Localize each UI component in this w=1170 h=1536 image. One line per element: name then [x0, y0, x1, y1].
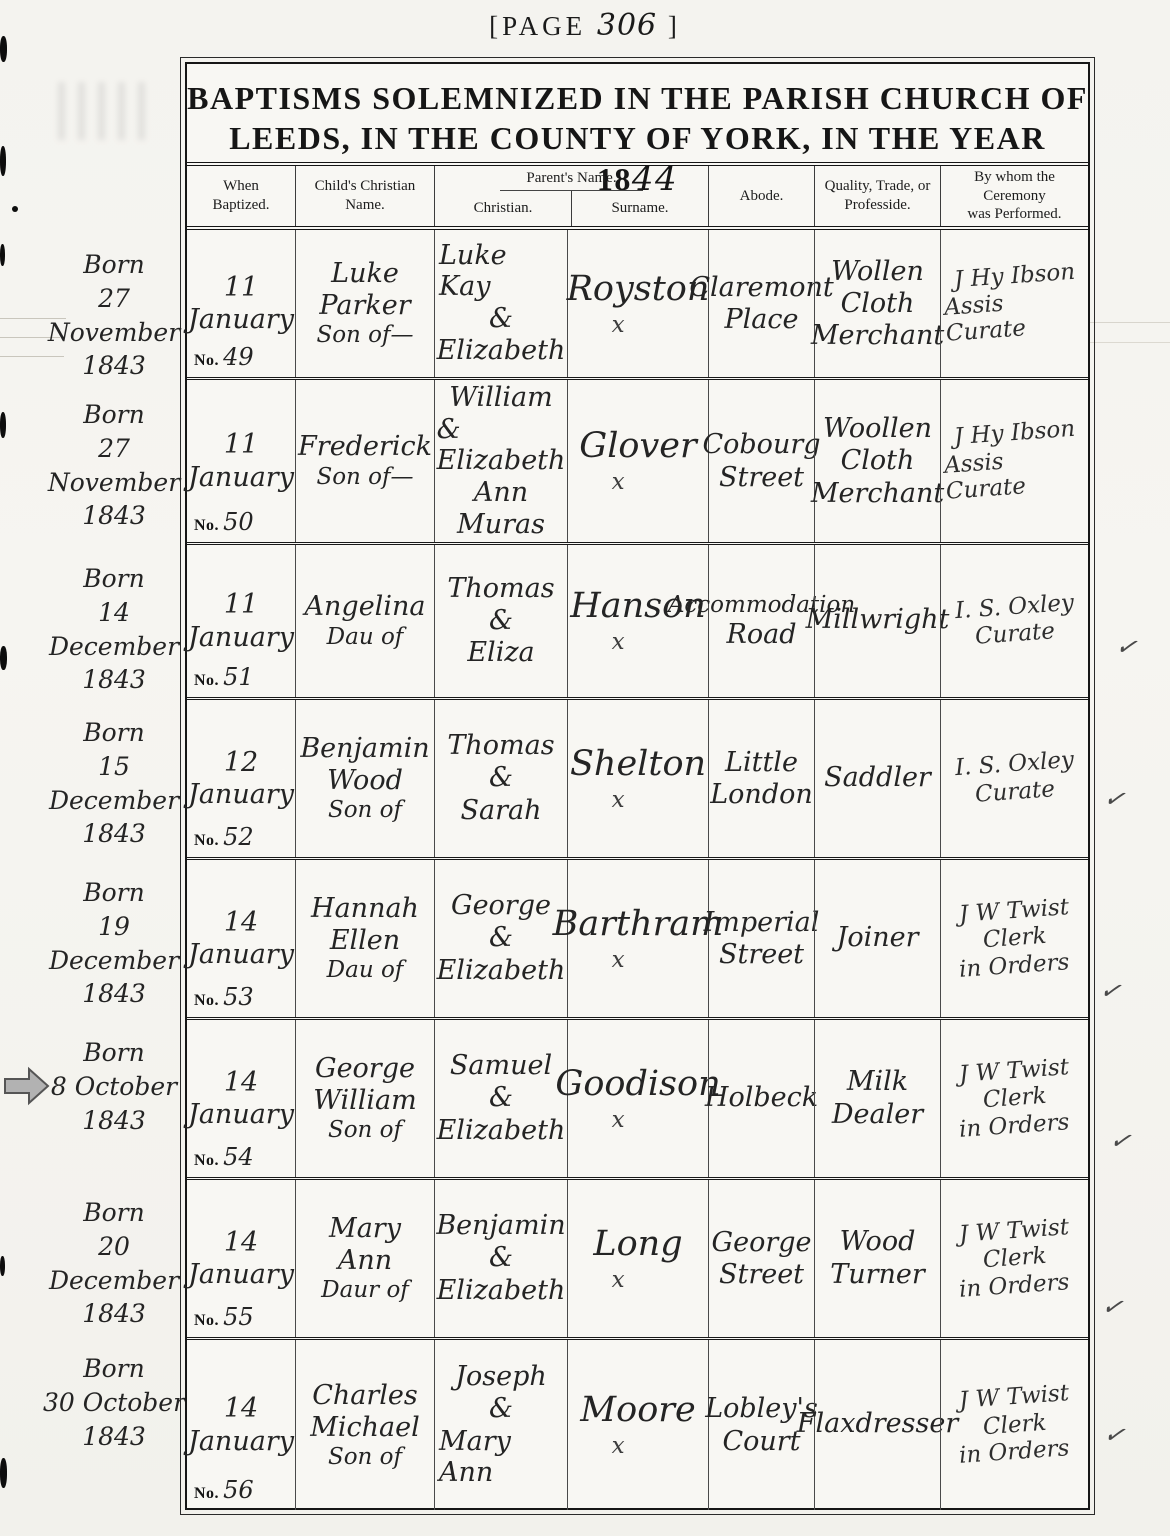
parent-christian-cell: William & Elizabeth Ann Muras	[434, 380, 567, 542]
abode-cell: Accommodation Road	[708, 545, 814, 697]
surname-cell: Glover x	[567, 380, 708, 542]
abode-cell: Imperial Street	[708, 860, 814, 1017]
col-header-surname: Surname.	[571, 191, 708, 226]
ceremony-cell: J Hy Ibson Assis Curate	[940, 230, 1088, 377]
entry-number: No. 55	[194, 1303, 254, 1331]
entry-number: No. 51	[194, 663, 254, 691]
clerk-cross-mark: x	[612, 469, 625, 495]
table-row: 12 January No. 52 Benjamin Wood Son of T…	[187, 700, 1088, 860]
checkmark: ✓	[1108, 1124, 1134, 1156]
parent-christian-cell: Thomas & Sarah	[434, 700, 567, 857]
ceremony-cell: J W Twist Clerk in Orders	[940, 1180, 1088, 1337]
binding-speck	[0, 646, 7, 670]
when-baptized-cell: 14 January No. 53	[187, 860, 295, 1017]
ceremony-cell: I. S. Oxley Curate	[940, 700, 1088, 857]
child-name-cell: Benjamin Wood Son of	[295, 700, 434, 857]
binding-speck	[0, 244, 5, 266]
checkmark: ✓	[1098, 974, 1124, 1006]
page-label-prefix: [PAGE	[489, 11, 586, 41]
abode-cell: Cobourg Street	[708, 380, 814, 542]
ceremony-cell: J Hy Ibson Assis Curate	[940, 380, 1088, 542]
page-label: [PAGE 306 ]	[0, 8, 1170, 43]
register-title: BAPTISMS SOLEMNIZED IN THE PARISH CHURCH…	[187, 64, 1088, 166]
when-baptized-cell: 14 January No. 54	[187, 1020, 295, 1177]
binding-speck	[0, 1256, 5, 1276]
entry-number: No. 52	[194, 823, 254, 851]
col-header-parents-name: Parent's Name. Christian. Surname.	[434, 166, 708, 226]
ink-dot	[12, 206, 18, 212]
register-table: BAPTISMS SOLEMNIZED IN THE PARISH CHURCH…	[185, 62, 1090, 1510]
ceremony-cell: J W Twist Clerk in Orders	[940, 860, 1088, 1017]
born-margin-note: Born 8 October 1843	[38, 1036, 190, 1137]
checkmark: ✓	[1100, 1290, 1126, 1322]
clerk-cross-mark: x	[612, 312, 625, 338]
born-margin-note: Born 30 October 1843	[38, 1352, 190, 1453]
clerk-cross-mark: x	[612, 1267, 625, 1293]
entry-number: No. 50	[194, 508, 254, 536]
surname-cell: Shelton x	[567, 700, 708, 857]
parent-christian-cell: Joseph & Mary Ann	[434, 1340, 567, 1510]
table-row: 14 January No. 55 Mary Ann Daur of Benja…	[187, 1180, 1088, 1340]
table-row: 11 January No. 49 Luke Parker Son of— Lu…	[187, 230, 1088, 380]
born-margin-note: Born 20 December 1843	[38, 1196, 190, 1331]
trade-cell: Wollen Cloth Merchant	[814, 230, 940, 377]
ceremony-cell: J W Twist Clerk in Orders	[940, 1340, 1088, 1510]
born-margin-note: Born 14 December 1843	[38, 562, 190, 697]
bleedthrough-line	[1088, 342, 1170, 343]
child-name-cell: Angelina Dau of	[295, 545, 434, 697]
table-row: 11 January No. 50 Frederick Son of— Will…	[187, 380, 1088, 545]
trade-cell: Millwright	[814, 545, 940, 697]
trade-cell: Milk Dealer	[814, 1020, 940, 1177]
bleedthrough-line	[1088, 322, 1170, 323]
surname-cell: Hanson x	[567, 545, 708, 697]
when-baptized-cell: 14 January No. 56	[187, 1340, 295, 1510]
checkmark: ✓	[1102, 782, 1128, 814]
child-name-cell: Charles Michael Son of	[295, 1340, 434, 1510]
parent-christian-cell: Samuel & Elizabeth	[434, 1020, 567, 1177]
trade-cell: Flaxdresser	[814, 1340, 940, 1510]
clerk-cross-mark: x	[612, 1107, 625, 1133]
page-number: 306	[597, 8, 657, 43]
born-margin-note: Born 19 December 1843	[38, 876, 190, 1011]
surname-cell: Long x	[567, 1180, 708, 1337]
born-margin-note: Born 27 November 1843	[38, 398, 190, 533]
born-margin-note: Born 15 December 1843	[38, 716, 190, 851]
when-baptized-cell: 12 January No. 52	[187, 700, 295, 857]
ceremony-cell: I. S. Oxley Curate	[940, 545, 1088, 697]
table-row: 14 January No. 56 Charles Michael Son of…	[187, 1340, 1088, 1510]
surname-cell: Royston x	[567, 230, 708, 377]
child-name-cell: Luke Parker Son of—	[295, 230, 434, 377]
abode-cell: George Street	[708, 1180, 814, 1337]
parent-christian-cell: Luke Kay & Elizabeth	[434, 230, 567, 377]
table-row: 11 January No. 51 Angelina Dau of Thomas…	[187, 545, 1088, 700]
when-baptized-cell: 14 January No. 55	[187, 1180, 295, 1337]
col-header-christian: Christian.	[435, 191, 571, 226]
binding-speck	[0, 412, 6, 438]
child-name-cell: Frederick Son of—	[295, 380, 434, 542]
child-name-cell: Mary Ann Daur of	[295, 1180, 434, 1337]
table-row: 14 January No. 53 Hannah Ellen Dau of Ge…	[187, 860, 1088, 1020]
clerk-cross-mark: x	[612, 629, 625, 655]
abode-cell: Little London	[708, 700, 814, 857]
checkmark: ✓	[1102, 1418, 1128, 1450]
register-page: [PAGE 306 ] Born 27 November 1843 Born 2…	[0, 0, 1170, 1536]
col-header-child-name: Child's Christian Name.	[295, 166, 434, 226]
clerk-cross-mark: x	[612, 787, 625, 813]
child-name-cell: Hannah Ellen Dau of	[295, 860, 434, 1017]
clerk-cross-mark: x	[612, 947, 625, 973]
entry-number: No. 53	[194, 983, 254, 1011]
checkmark: ✓	[1114, 630, 1140, 662]
col-header-ceremony-by: By whom the Ceremony was Performed.	[940, 166, 1088, 226]
parent-christian-cell: George & Elizabeth	[434, 860, 567, 1017]
column-headers: When Baptized. Child's Christian Name. P…	[187, 166, 1088, 230]
table-row: 14 January No. 54 George William Son of …	[187, 1020, 1088, 1180]
trade-cell: Saddler	[814, 700, 940, 857]
binding-speck	[0, 146, 6, 176]
parent-christian-cell: Benjamin & Elizabeth	[434, 1180, 567, 1337]
when-baptized-cell: 11 January No. 51	[187, 545, 295, 697]
entry-number: No. 56	[194, 1476, 254, 1504]
surname-cell: Goodison x	[567, 1020, 708, 1177]
clerk-cross-mark: x	[612, 1433, 625, 1459]
col-header-when-baptized: When Baptized.	[187, 166, 295, 226]
born-margin-note: Born 27 November 1843	[38, 248, 190, 383]
trade-cell: Wood Turner	[814, 1180, 940, 1337]
trade-cell: Woollen Cloth Merchant	[814, 380, 940, 542]
when-baptized-cell: 11 January No. 49	[187, 230, 295, 377]
bleedthrough-smudge	[58, 82, 150, 140]
ceremony-cell: J W Twist Clerk in Orders	[940, 1020, 1088, 1177]
abode-cell: Claremont Place	[708, 230, 814, 377]
page-label-suffix: ]	[668, 11, 681, 41]
abode-cell: Holbeck	[708, 1020, 814, 1177]
surname-cell: Moore x	[567, 1340, 708, 1510]
parent-christian-cell: Thomas & Eliza	[434, 545, 567, 697]
col-header-quality-trade: Quality, Trade, or Professide.	[814, 166, 940, 226]
surname-cell: Barthram x	[567, 860, 708, 1017]
trade-cell: Joiner	[814, 860, 940, 1017]
when-baptized-cell: 11 January No. 50	[187, 380, 295, 542]
entry-number: No. 49	[194, 343, 254, 371]
binding-speck	[0, 1458, 7, 1488]
child-name-cell: George William Son of	[295, 1020, 434, 1177]
entry-number: No. 54	[194, 1143, 254, 1171]
title-line-1: BAPTISMS SOLEMNIZED IN THE PARISH CHURCH…	[187, 78, 1088, 118]
col-header-abode: Abode.	[708, 166, 814, 226]
